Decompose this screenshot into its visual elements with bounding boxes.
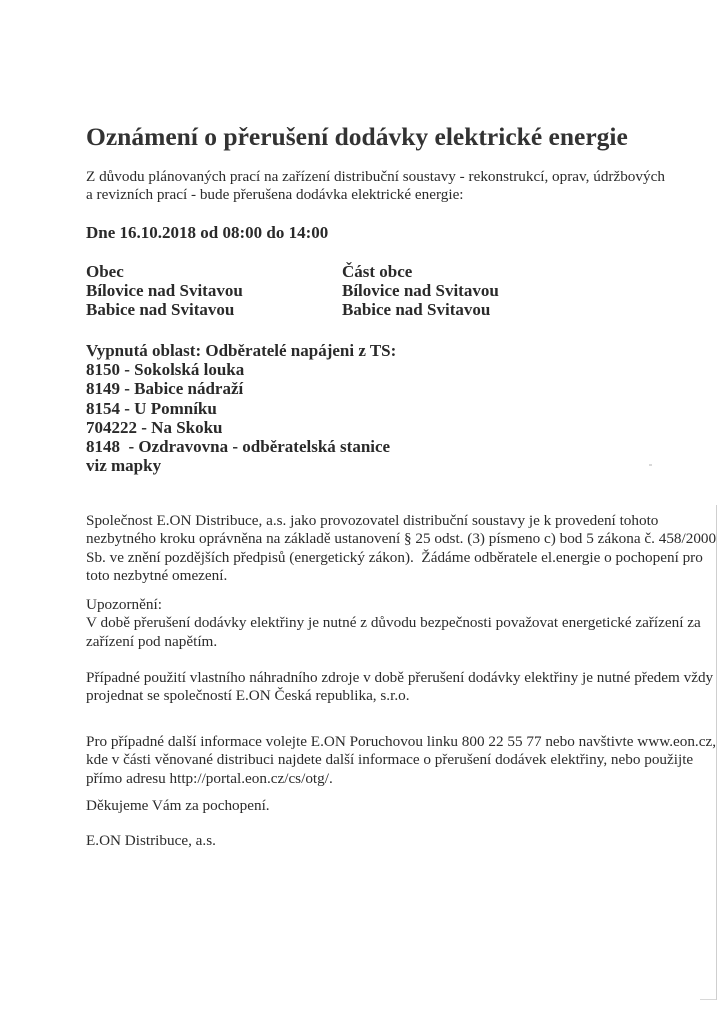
warning-paragraph: Upozornění: V době přerušení dodávky ele…	[86, 596, 701, 651]
station-item: 8150 - Sokolská louka	[86, 360, 396, 379]
col-header-obec: Obec	[86, 262, 243, 281]
scan-edge-mark	[700, 999, 716, 1000]
station-item: 8149 - Babice nádraží	[86, 379, 396, 398]
page-title: Oznámení o přerušení dodávky elektrické …	[86, 121, 628, 153]
affected-area: Vypnutá oblast: Odběratelé napájeni z TS…	[86, 341, 396, 475]
contact-line: přímo adresu http://portal.eon.cz/cs/otg…	[86, 770, 716, 788]
locations-table: Obec Bílovice nad Svitavou Babice nad Sv…	[86, 262, 686, 322]
legal-paragraph: Společnost E.ON Distribuce, a.s. jako pr…	[86, 512, 716, 585]
location-cast-obce: Babice nad Svitavou	[342, 300, 499, 319]
location-obec: Babice nad Svitavou	[86, 300, 243, 319]
map-reference: viz mapky	[86, 456, 396, 475]
locations-col-cast-obce: Část obce Bílovice nad Svitavou Babice n…	[342, 262, 499, 320]
warning-line: zařízení pod napětím.	[86, 633, 701, 651]
intro-paragraph: Z důvodu plánovaných prací na zařízení d…	[86, 168, 665, 205]
station-item: 8154 - U Pomníku	[86, 399, 396, 418]
intro-line: Z důvodu plánovaných prací na zařízení d…	[86, 168, 665, 186]
legal-line: nezbytného kroku oprávněna na základě us…	[86, 530, 716, 548]
scan-speck	[649, 464, 652, 466]
contact-paragraph: Pro případné další informace volejte E.O…	[86, 733, 716, 788]
station-item: 8148 - Ozdravovna - odběratelská stanice	[86, 437, 396, 456]
affected-area-heading: Vypnutá oblast: Odběratelé napájeni z TS…	[86, 341, 396, 360]
notice-page: Oznámení o přerušení dodávky elektrické …	[0, 0, 724, 1024]
location-cast-obce: Bílovice nad Svitavou	[342, 281, 499, 300]
backup-source-paragraph: Případné použití vlastního náhradního zd…	[86, 669, 713, 706]
legal-line: toto nezbytné omezení.	[86, 567, 716, 585]
legal-line: Sb. ve znění pozdějších předpisů (energe…	[86, 549, 716, 567]
warning-line: V době přerušení dodávky elektřiny je nu…	[86, 614, 701, 632]
station-item: 704222 - Na Skoku	[86, 418, 396, 437]
locations-col-obec: Obec Bílovice nad Svitavou Babice nad Sv…	[86, 262, 243, 320]
contact-line: Pro případné další informace volejte E.O…	[86, 733, 716, 751]
warning-label: Upozornění:	[86, 596, 701, 614]
backup-source-line: Případné použití vlastního náhradního zd…	[86, 669, 713, 687]
col-header-cast-obce: Část obce	[342, 262, 499, 281]
signature: E.ON Distribuce, a.s.	[86, 832, 216, 850]
outage-date: Dne 16.10.2018 od 08:00 do 14:00	[86, 223, 328, 242]
location-obec: Bílovice nad Svitavou	[86, 281, 243, 300]
contact-line: kde v části věnované distribuci najdete …	[86, 751, 716, 769]
backup-source-line: projednat se společností E.ON Česká repu…	[86, 687, 713, 705]
intro-line: a revizních prací - bude přerušena dodáv…	[86, 186, 665, 204]
legal-line: Společnost E.ON Distribuce, a.s. jako pr…	[86, 512, 716, 530]
scan-edge-line	[716, 505, 717, 1000]
thanks-line: Děkujeme Vám za pochopení.	[86, 797, 270, 815]
